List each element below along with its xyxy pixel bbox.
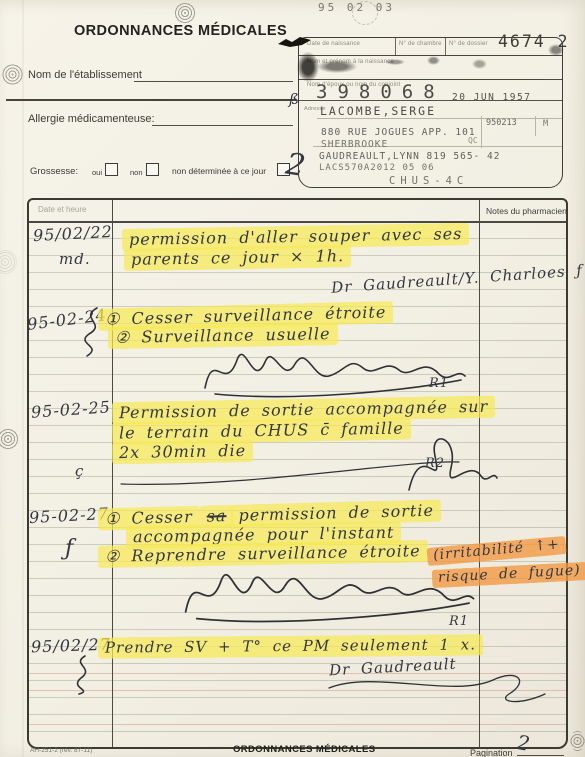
pregnancy-label: Grossesse:	[30, 166, 78, 177]
ink-smudge	[317, 60, 357, 73]
pregnancy-undetermined-label: non déterminée à ce jour	[172, 166, 266, 176]
pregnancy-no-label: non	[130, 168, 143, 177]
ink-smudge	[472, 59, 487, 69]
city-stamp: SHERBROOKE	[321, 139, 388, 150]
establishment-field-line	[134, 81, 293, 82]
patient-name-stamp: LACOMBE,SERGE	[320, 104, 436, 118]
orders-table: Date et heure Notes du pharmacien 95/02/…	[27, 198, 568, 749]
card-divider-light	[481, 116, 482, 148]
entry-initials: ƒ	[65, 536, 74, 561]
pagination-label: Pagination	[470, 748, 513, 757]
code-line-stamp: LACS570A2012 05 06	[319, 163, 435, 173]
card-divider	[395, 38, 396, 55]
scanned-medical-order-form: 95 02 03 ORDONNANCES MÉDICALES Nom de l'…	[0, 0, 585, 757]
ruled-line-pink	[29, 724, 566, 725]
unit-stamp: CHUS-4C	[389, 175, 468, 187]
signature-initials: R1	[449, 614, 469, 629]
card-divider	[445, 38, 446, 55]
initial-scribble	[69, 652, 95, 698]
scan-crease	[22, 0, 24, 757]
sex-stamp: M	[543, 119, 548, 129]
allergy-label: Allergie médicamenteuse:	[28, 113, 155, 125]
pregnancy-yes-checkbox	[105, 163, 118, 176]
province-stamp: QC	[468, 136, 478, 145]
signature-initials: R1	[429, 376, 449, 391]
birthdate-label: Date de naissance	[307, 41, 360, 47]
file-number-stamp: 398068	[316, 81, 445, 103]
stamped-date-top: 95 02 03	[318, 1, 395, 14]
ink-smudge	[548, 44, 564, 56]
address-stamp: 880 RUE JOGUES APP. 101	[321, 127, 476, 138]
form-code: AH-251-2 (rév. 87-11)	[30, 747, 92, 754]
margin-mark: ç	[75, 462, 84, 480]
punch-hole	[1, 64, 24, 85]
order-text: parents ce jour × 1h.	[131, 245, 344, 271]
notes-column-label: Notes du pharmacien	[486, 206, 567, 216]
contact-stamp: GAUDREAULT,LYNN 819 565- 42	[319, 151, 500, 162]
physician-signature	[179, 552, 489, 632]
punch-hole	[174, 3, 196, 23]
ink-blot	[278, 36, 312, 50]
card-divider-light	[535, 116, 536, 136]
birth-date-stamp: 20 JUN 1957	[452, 92, 531, 103]
punch-hole	[0, 250, 17, 274]
entry-initials: md.	[59, 250, 91, 268]
allergy-field-line	[152, 125, 293, 126]
punch-hole	[570, 731, 585, 751]
card-line-light	[317, 118, 562, 119]
room-label: N° de chambre	[399, 41, 442, 47]
physician-signature	[389, 424, 504, 510]
pregnancy-no-checkbox	[146, 163, 159, 176]
card-line	[299, 79, 562, 80]
ink-smudge	[297, 52, 319, 82]
establishment-label: Nom de l'établissement	[28, 69, 142, 81]
admission-code-stamp: 950213	[486, 118, 517, 128]
handwritten-mark: ß	[289, 90, 300, 108]
pregnancy-yes-label: oui	[92, 168, 102, 177]
physician-signature	[199, 334, 479, 406]
pagination-value: 2	[515, 730, 533, 756]
divider-line	[6, 99, 296, 101]
page-title: ORDONNANCES MÉDICALES	[74, 23, 287, 39]
ink-smudge	[427, 56, 440, 65]
footer-title: ORDONNANCES MÉDICALES	[233, 744, 375, 755]
signature-flourish	[323, 662, 558, 710]
date-column-divider	[112, 200, 113, 747]
order-text: Prendre SV + T° ce PM seulement 1 x.	[105, 634, 476, 658]
dossier-label: N° de dossier	[449, 41, 488, 47]
date-column-label: Date et heure	[38, 205, 86, 214]
punch-hole	[0, 428, 20, 450]
signature-initials: R2	[425, 456, 445, 471]
ink-smudge	[385, 59, 405, 65]
